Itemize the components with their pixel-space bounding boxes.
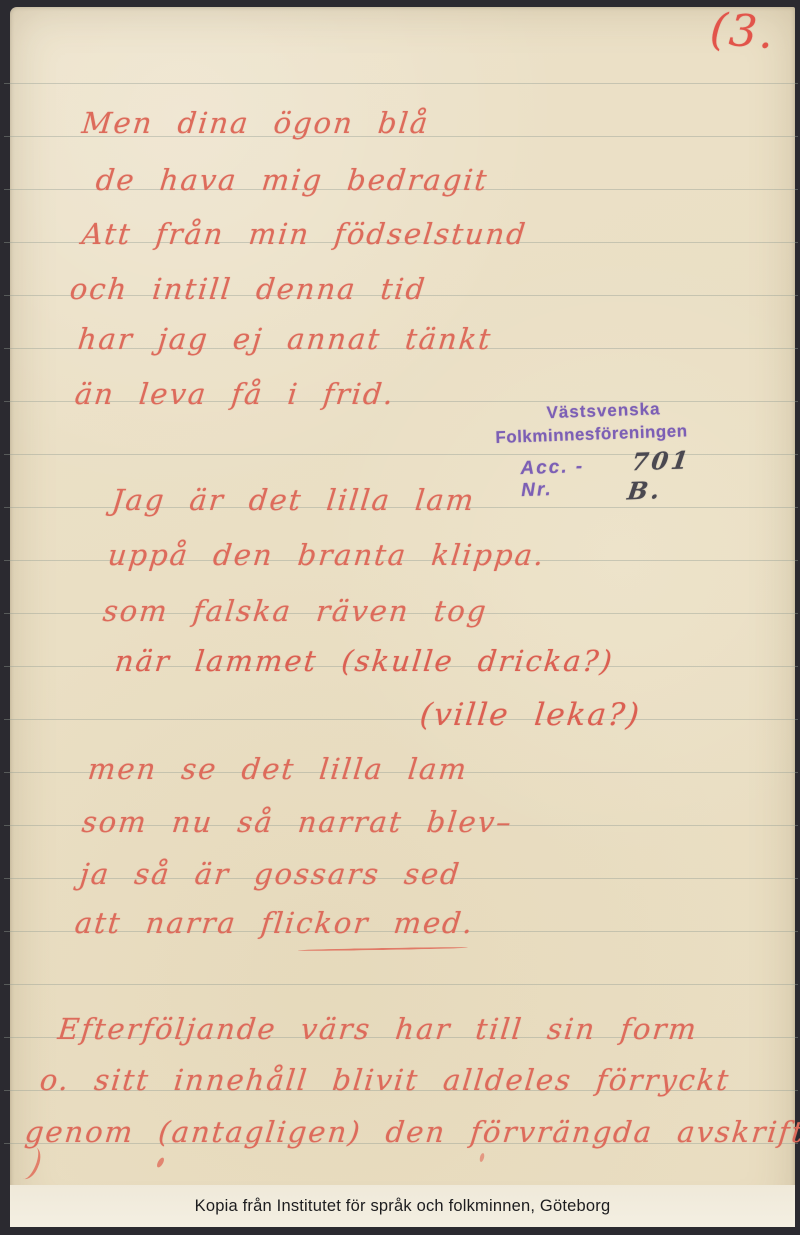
handwriting-line: än leva få i frid. [73, 377, 396, 411]
handwriting-line: Efterföljande värs har till sin form [56, 1012, 700, 1046]
handwriting-line: har jag ej annat tänkt [76, 322, 494, 356]
archive-stamp: Västsvenska Folkminnesföreningen Acc. - … [494, 397, 728, 510]
stamp-accession-label: Acc. - Nr. [520, 455, 616, 502]
handwriting-line: o. sitt innehåll blivit alldeles förryck… [38, 1063, 732, 1097]
handwriting-line: som falska räven tog [101, 594, 489, 628]
handwriting-line: men se det lilla lam [86, 752, 470, 786]
handwriting-line: uppå den branta klippa. [106, 538, 547, 572]
handwriting-line: Men dina ögon blå [80, 106, 431, 140]
handwriting-line: som nu så narrat blev– [80, 805, 514, 839]
handwriting-line: (ville leka?) [418, 697, 643, 733]
footer-caption-bar: Kopia från Institutet för språk och folk… [10, 1185, 795, 1227]
handwriting-line: och intill denna tid [68, 272, 428, 306]
handwriting-line: Att från min födselstund [80, 217, 529, 251]
handwriting-line: ja så är gossars sed [78, 857, 462, 891]
scanned-document: (3. Men dina ögon blå de hava mig bedrag… [0, 0, 800, 1235]
handwriting-line: Jag är det lilla lam [110, 483, 477, 517]
page-number: (3. [708, 4, 777, 59]
handwriting-line: när lammet (skulle dricka?) [113, 644, 615, 678]
footer-caption: Kopia från Institutet för språk och folk… [195, 1197, 611, 1216]
handwriting-line: att narra flickor med. [73, 906, 476, 940]
stamp-accession-number: 701 B. [625, 444, 730, 506]
handwriting-line: de hava mig bedragit [94, 163, 490, 197]
handwriting-line: genom (antagligen) den förvrängda avskri… [23, 1115, 800, 1149]
stamp-line-org2: Folkminnesföreningen [495, 420, 726, 448]
